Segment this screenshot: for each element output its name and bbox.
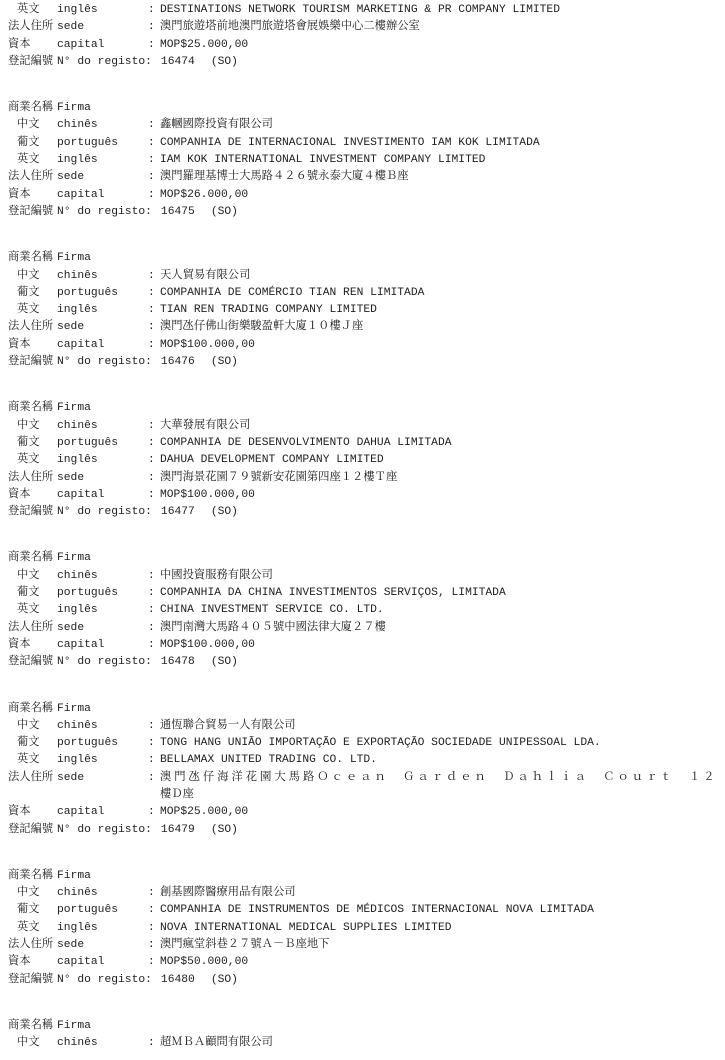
address-row: 法人住所 sede : 澳門瘋堂斜巷２７號Ａ－Ｂ座地下 [8,937,719,954]
capital-amount: MOP$100.000,00 [160,487,719,504]
colon: : [148,285,160,302]
chinese-name-row: 中文 chinês : 天人貿易有限公司 [8,268,719,285]
chinese-name-row: 中文 chinês : 中國投資服務有限公司 [8,568,719,585]
firma-row: 商業名稱 Firma [8,100,719,117]
label-english-zh: 英文 [8,752,57,769]
capital-row: 資本 capital : MOP$100.000,00 [8,487,719,504]
label-english-pt: inglês [57,920,148,937]
company-address: 澳門旅遊塔前地澳門旅遊塔會展娛樂中心二樓辦公室 [160,19,719,36]
portuguese-name-row: 葡文 português : COMPANHIA DE INTERNACIONA… [8,135,719,152]
capital-row: 資本 capital : MOP$50.000,00 [8,954,719,971]
capital-row: 資本 capital : MOP$100.000,00 [8,637,719,654]
label-sede-zh: 法人住所 [8,470,57,487]
label-sede-pt: sede [57,19,148,36]
label-english-pt: inglês [57,452,148,469]
firma-row: 商業名稱 Firma [8,550,719,567]
portuguese-name: COMPANHIA DE INSTRUMENTOS DE MÉDICOS INT… [160,902,719,919]
label-firma-pt: Firma [57,550,148,567]
chinese-name: 超ＭＢＡ顧問有限公司 [160,1035,719,1052]
colon: : [148,470,160,487]
registry-suffix: (SO) [211,824,238,836]
colon: : [148,152,160,169]
chinese-name: 通恆聯合貿易一人有限公司 [160,718,719,735]
label-chinese-zh: 中文 [8,1035,57,1052]
registry-suffix: (SO) [211,656,238,668]
portuguese-name-row: 葡文 português : COMPANHIA DE DESENVOLVIME… [8,435,719,452]
label-portuguese-pt: português [57,585,148,602]
registry-row: 登記編號 N° do registo: 16474(SO) [8,54,719,71]
company-address: 澳門瘋堂斜巷２７號Ａ－Ｂ座地下 [160,937,719,954]
label-portuguese-pt: português [57,902,148,919]
registry-number: 16479 [161,824,195,836]
english-name-row: 英文 inglês : DAHUA DEVELOPMENT COMPANY LI… [8,452,719,469]
address-row: 法人住所 sede : 澳門旅遊塔前地澳門旅遊塔會展娛樂中心二樓辦公室 [8,19,719,36]
capital-amount: MOP$100.000,00 [160,337,719,354]
label-sede-zh: 法人住所 [8,937,57,954]
label-capital-zh: 資本 [8,187,57,204]
firma-row: 商業名稱 Firma [8,1018,719,1035]
english-name: BELLAMAX UNITED TRADING CO. LTD. [160,752,719,769]
label-sede-zh: 法人住所 [8,770,57,787]
label-chinese-zh: 中文 [8,117,57,134]
portuguese-name: COMPANHIA DE DESENVOLVIMENTO DAHUA LIMIT… [160,435,719,452]
colon: : [148,435,160,452]
colon: : [148,885,160,902]
registry-suffix: (SO) [211,56,238,68]
firma-row: 商業名稱 Firma [8,400,719,417]
label-chinese-pt: chinês [57,568,148,585]
portuguese-name-row: 葡文 português : COMPANHIA DE COMÉRCIO TIA… [8,285,719,302]
label-sede-pt: sede [57,937,148,954]
label-firma-pt: Firma [57,701,148,718]
colon: : [148,187,160,204]
label-firma-zh: 商業名稱 [8,868,57,885]
label-registo-zh: 登記編號 [8,354,57,371]
colon: : [148,954,160,971]
colon: : [148,902,160,919]
capital-row: 資本 capital : MOP$25.000,00 [8,804,719,821]
registry-number-wrap: 16480(SO) [161,972,719,989]
colon: : [148,169,160,186]
english-name-row: 英文 inglês : IAM KOK INTERNATIONAL INVEST… [8,152,719,169]
colon: : [148,620,160,637]
label-chinese-zh: 中文 [8,568,57,585]
colon: : [148,920,160,937]
company-address: 澳門氹仔佛山街樂駿盈軒大廈１０樓Ｊ座 [160,319,719,336]
label-english-pt: inglês [57,302,148,319]
label-english-zh: 英文 [8,602,57,619]
label-firma-zh: 商業名稱 [8,100,57,117]
colon: : [148,937,160,954]
registry-number-wrap: 16479(SO) [161,822,719,839]
label-firma-zh: 商業名稱 [8,1018,57,1035]
label-capital-zh: 資本 [8,637,57,654]
english-name-row: 英文 inglês : BELLAMAX UNITED TRADING CO. … [8,752,719,769]
company-record-16479: 商業名稱 Firma 中文 chinês : 通恆聯合貿易一人有限公司 葡文 p… [8,701,719,839]
label-registo-zh: 登記編號 [8,204,57,221]
registry-number: 16480 [161,974,195,986]
label-sede-zh: 法人住所 [8,620,57,637]
portuguese-name: COMPANHIA DE INTERNACIONAL INVESTIMENTO … [160,135,719,152]
capital-amount: MOP$25.000,00 [160,37,719,54]
label-registo-zh: 登記編號 [8,54,57,71]
label-firma-zh: 商業名稱 [8,400,57,417]
colon: : [148,37,160,54]
english-name: NOVA INTERNATIONAL MEDICAL SUPPLIES LIMI… [160,920,719,937]
label-firma-zh: 商業名稱 [8,250,57,267]
registry-number-wrap: 16474(SO) [161,54,719,71]
label-chinese-zh: 中文 [8,885,57,902]
label-chinese-pt: chinês [57,268,148,285]
registry-row: 登記編號 N° do registo: 16479(SO) [8,822,719,839]
address-row: 法人住所 sede : 澳門氹仔佛山街樂駿盈軒大廈１０樓Ｊ座 [8,319,719,336]
label-capital-pt: capital [57,37,148,54]
label-english-zh: 英文 [8,152,57,169]
english-name-row: 英文 inglês : DESTINATIONS NETWORK TOURISM… [8,2,719,19]
english-name-row: 英文 inglês : CHINA INVESTMENT SERVICE CO.… [8,602,719,619]
registry-number-wrap: 16476(SO) [161,354,719,371]
colon: : [148,637,160,654]
company-record-16476: 商業名稱 Firma 中文 chinês : 天人貿易有限公司 葡文 portu… [8,250,719,371]
english-name: TIAN REN TRADING COMPANY LIMITED [160,302,719,319]
label-chinese-pt: chinês [57,117,148,134]
capital-row: 資本 capital : MOP$26.000,00 [8,187,719,204]
colon: : [148,718,160,735]
chinese-name-row: 中文 chinês : 鑫幗國際投資有限公司 [8,117,719,134]
label-firma-zh: 商業名稱 [8,701,57,718]
gazette-document: 英文 inglês : DESTINATIONS NETWORK TOURISM… [0,0,725,1053]
english-name-row: 英文 inglês : TIAN REN TRADING COMPANY LIM… [8,302,719,319]
english-name: IAM KOK INTERNATIONAL INVESTMENT COMPANY… [160,152,719,169]
colon: : [148,602,160,619]
label-portuguese-zh: 葡文 [8,585,57,602]
label-chinese-pt: chinês [57,718,148,735]
label-registo-zh: 登記編號 [8,822,57,839]
label-english-pt: inglês [57,152,148,169]
company-record-16480: 商業名稱 Firma 中文 chinês : 創基國際醫療用品有限公司 葡文 p… [8,868,719,989]
colon: : [148,117,160,134]
label-portuguese-pt: português [57,735,148,752]
registry-row: 登記編號 N° do registo: 16476(SO) [8,354,719,371]
chinese-name: 大華發展有限公司 [160,418,719,435]
label-firma-zh: 商業名稱 [8,550,57,567]
label-capital-pt: capital [57,187,148,204]
label-english-pt: inglês [57,2,148,19]
chinese-name: 中國投資服務有限公司 [160,568,719,585]
label-chinese-pt: chinês [57,418,148,435]
english-name: DAHUA DEVELOPMENT COMPANY LIMITED [160,452,719,469]
portuguese-name-row: 葡文 português : TONG HANG UNIÃO IMPORTAÇÃ… [8,735,719,752]
label-chinese-pt: chinês [57,885,148,902]
label-capital-zh: 資本 [8,487,57,504]
label-sede-pt: sede [57,319,148,336]
capital-row: 資本 capital : MOP$25.000,00 [8,37,719,54]
portuguese-name: TONG HANG UNIÃO IMPORTAÇÃO E EXPORTAÇÃO … [160,735,719,752]
registry-row: 登記編號 N° do registo: 16477(SO) [8,504,719,521]
registry-number-wrap: 16478(SO) [161,654,719,671]
label-chinese-pt: chinês [57,1035,148,1052]
label-english-pt: inglês [57,602,148,619]
registry-row: 登記編號 N° do registo: 16475(SO) [8,204,719,221]
registry-suffix: (SO) [211,506,238,518]
colon: : [148,2,160,19]
firma-row: 商業名稱 Firma [8,868,719,885]
label-capital-pt: capital [57,337,148,354]
label-registo-pt: N° do registo: [57,354,152,371]
registry-suffix: (SO) [211,206,238,218]
chinese-name-row: 中文 chinês : 大華發展有限公司 [8,418,719,435]
colon: : [148,452,160,469]
portuguese-name: COMPANHIA DA CHINA INVESTIMENTOS SERVIÇO… [160,585,719,602]
label-english-zh: 英文 [8,2,57,19]
address-row: 法人住所 sede : 澳門海景花園７９號新安花園第四座１２樓Ｔ座 [8,470,719,487]
colon: : [148,568,160,585]
label-firma-pt: Firma [57,400,148,417]
company-address: 澳門海景花園７９號新安花園第四座１２樓Ｔ座 [160,470,719,487]
label-portuguese-zh: 葡文 [8,285,57,302]
registry-row: 登記編號 N° do registo: 16480(SO) [8,972,719,989]
label-registo-pt: N° do registo: [57,204,152,221]
colon: : [148,487,160,504]
label-registo-zh: 登記編號 [8,504,57,521]
label-sede-pt: sede [57,169,148,186]
portuguese-name-row: 葡文 português : COMPANHIA DE INSTRUMENTOS… [8,902,719,919]
english-name: DESTINATIONS NETWORK TOURISM MARKETING &… [160,2,719,19]
portuguese-name-row: 葡文 português : COMPANHIA DA CHINA INVEST… [8,585,719,602]
chinese-name: 鑫幗國際投資有限公司 [160,117,719,134]
chinese-name: 天人貿易有限公司 [160,268,719,285]
capital-amount: MOP$25.000,00 [160,804,719,821]
colon: : [148,268,160,285]
firma-row: 商業名稱 Firma [8,250,719,267]
portuguese-name: COMPANHIA DE COMÉRCIO TIAN REN LIMITADA [160,285,719,302]
label-chinese-zh: 中文 [8,268,57,285]
label-capital-pt: capital [57,954,148,971]
label-portuguese-pt: português [57,135,148,152]
colon: : [148,804,160,821]
label-registo-pt: N° do registo: [57,654,152,671]
label-registo-pt: N° do registo: [57,822,152,839]
registry-number: 16474 [161,56,195,68]
label-sede-zh: 法人住所 [8,19,57,36]
label-capital-zh: 資本 [8,337,57,354]
colon: : [148,19,160,36]
label-firma-pt: Firma [57,250,148,267]
address-row: 法人住所 sede : 澳門南灣大馬路４０５號中國法律大廈２７樓 [8,620,719,637]
registry-row: 登記編號 N° do registo: 16478(SO) [8,654,719,671]
colon: : [148,585,160,602]
label-capital-pt: capital [57,804,148,821]
company-record-partial-top: 英文 inglês : DESTINATIONS NETWORK TOURISM… [8,2,719,71]
company-address-line2: 樓Ｄ座 [160,787,719,804]
label-registo-zh: 登記編號 [8,654,57,671]
label-registo-pt: N° do registo: [57,504,152,521]
english-name: CHINA INVESTMENT SERVICE CO. LTD. [160,602,719,619]
company-record-16477: 商業名稱 Firma 中文 chinês : 大華發展有限公司 葡文 portu… [8,400,719,521]
capital-amount: MOP$100.000,00 [160,637,719,654]
label-chinese-zh: 中文 [8,418,57,435]
label-portuguese-zh: 葡文 [8,435,57,452]
registry-number: 16476 [161,356,195,368]
label-sede-zh: 法人住所 [8,319,57,336]
label-portuguese-pt: português [57,285,148,302]
label-capital-pt: capital [57,487,148,504]
label-portuguese-zh: 葡文 [8,902,57,919]
label-firma-pt: Firma [57,100,148,117]
label-firma-pt: Firma [57,868,148,885]
colon: : [148,302,160,319]
capital-amount: MOP$26.000,00 [160,187,719,204]
label-firma-pt: Firma [57,1018,148,1035]
label-capital-zh: 資本 [8,954,57,971]
address-row: 法人住所 sede : 澳門羅理基博士大馬路４２６號永泰大廈４樓Ｂ座 [8,169,719,186]
colon: : [148,1035,160,1052]
label-portuguese-zh: 葡文 [8,735,57,752]
company-address-wrap: 澳門氹仔海洋花園大馬路Ｏｃｅａｎ Ｇａｒｄｅｎ Ｄａｈｌｉａ Ｃｏｕｒｔ １２樓… [160,770,719,805]
company-record-16478: 商業名稱 Firma 中文 chinês : 中國投資服務有限公司 葡文 por… [8,550,719,671]
label-portuguese-pt: português [57,435,148,452]
colon: : [148,418,160,435]
capital-amount: MOP$50.000,00 [160,954,719,971]
colon: : [148,135,160,152]
registry-number: 16477 [161,506,195,518]
colon: : [148,337,160,354]
registry-suffix: (SO) [211,356,238,368]
chinese-name-row: 中文 chinês : 創基國際醫療用品有限公司 [8,885,719,902]
company-record-16475: 商業名稱 Firma 中文 chinês : 鑫幗國際投資有限公司 葡文 por… [8,100,719,221]
label-registo-zh: 登記編號 [8,972,57,989]
company-record-partial-bottom: 商業名稱 Firma 中文 chinês : 超ＭＢＡ顧問有限公司 [8,1018,719,1053]
company-address: 澳門氹仔海洋花園大馬路Ｏｃｅａｎ Ｇａｒｄｅｎ Ｄａｈｌｉａ Ｃｏｕｒｔ １２ [160,772,718,784]
label-capital-zh: 資本 [8,804,57,821]
label-capital-pt: capital [57,637,148,654]
label-registo-pt: N° do registo: [57,972,152,989]
registry-number: 16475 [161,206,195,218]
label-english-zh: 英文 [8,920,57,937]
registry-number: 16478 [161,656,195,668]
label-registo-pt: N° do registo: [57,54,152,71]
chinese-name: 創基國際醫療用品有限公司 [160,885,719,902]
label-portuguese-zh: 葡文 [8,135,57,152]
firma-row: 商業名稱 Firma [8,701,719,718]
label-sede-pt: sede [57,770,148,787]
label-sede-pt: sede [57,620,148,637]
company-address: 澳門南灣大馬路４０５號中國法律大廈２７樓 [160,620,719,637]
colon: : [148,319,160,336]
label-chinese-zh: 中文 [8,718,57,735]
colon: : [148,770,160,787]
english-name-row: 英文 inglês : NOVA INTERNATIONAL MEDICAL S… [8,920,719,937]
registry-number-wrap: 16475(SO) [161,204,719,221]
registry-suffix: (SO) [211,974,238,986]
address-row: 法人住所 sede : 澳門氹仔海洋花園大馬路Ｏｃｅａｎ Ｇａｒｄｅｎ Ｄａｈｌ… [8,770,719,805]
registry-number-wrap: 16477(SO) [161,504,719,521]
label-sede-zh: 法人住所 [8,169,57,186]
colon: : [148,752,160,769]
chinese-name-row: 中文 chinês : 超ＭＢＡ顧問有限公司 [8,1035,719,1052]
capital-row: 資本 capital : MOP$100.000,00 [8,337,719,354]
label-english-zh: 英文 [8,452,57,469]
chinese-name-row: 中文 chinês : 通恆聯合貿易一人有限公司 [8,718,719,735]
label-capital-zh: 資本 [8,37,57,54]
company-address: 澳門羅理基博士大馬路４２６號永泰大廈４樓Ｂ座 [160,169,719,186]
label-english-pt: inglês [57,752,148,769]
colon: : [148,735,160,752]
label-english-zh: 英文 [8,302,57,319]
label-sede-pt: sede [57,470,148,487]
